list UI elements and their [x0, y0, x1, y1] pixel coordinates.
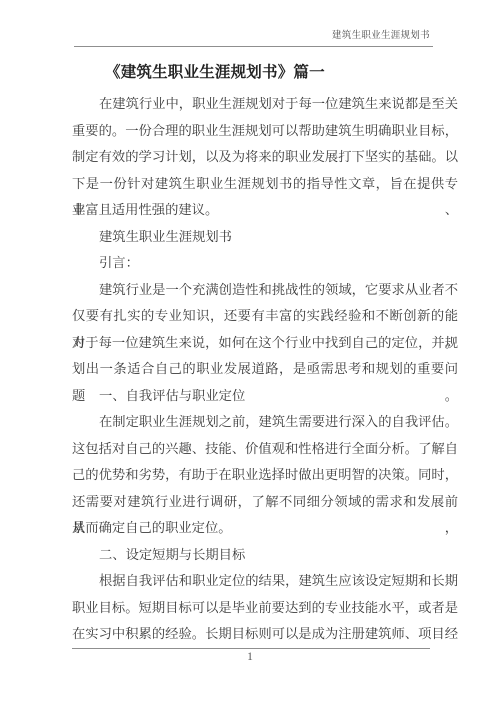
document-title: 《建筑生职业生涯规划书》篇一: [105, 62, 325, 84]
body-line: 划出一条适合自己的职业发展道路，是亟需思考和规划的重要问题。: [72, 356, 458, 383]
body-line: 仅要有扎实的专业知识，还要有丰富的实践经验和不断创新的能力。: [72, 303, 458, 330]
body-line: 根据自我评估和职业定位的结果，建筑生应该设定短期和长期: [72, 568, 458, 595]
body-line: 己的优势和劣势，有助于在职业选择时做出更明智的决策。同时，: [72, 462, 458, 489]
document-page: 建筑生职业生涯规划书 《建筑生职业生涯规划书》篇一 在建筑行业中，职业生涯规划对…: [0, 0, 500, 707]
body-line: 下是一份针对建筑生职业生涯规划书的指导性文章，旨在提供专业、: [72, 171, 458, 198]
body-line: 二、设定短期与长期目标: [72, 542, 458, 569]
body-line: 职业目标。短期目标可以是毕业前要达到的专业技能水平，或者是: [72, 595, 458, 622]
body-line: 建筑行业是一个充满创造性和挑战性的领域，它要求从业者不: [72, 277, 458, 304]
body-line: 还需要对建筑行业进行调研，了解不同细分领域的需求和发展前景，: [72, 489, 458, 516]
body-text: 在建筑行业中，职业生涯规划对于每一位建筑生来说都是至关重要的。一份合理的职业生涯…: [72, 91, 458, 648]
header-rule: [74, 46, 433, 47]
body-line: 制定有效的学习计划，以及为将来的职业发展打下坚实的基础。以: [72, 144, 458, 171]
body-line: 在制定职业生涯规划之前，建筑生需要进行深入的自我评估。: [72, 409, 458, 436]
page-number: 1: [0, 650, 500, 665]
footer-rule: [72, 648, 430, 649]
body-line: 重要的。一份合理的职业生涯规划可以帮助建筑生明确职业目标，: [72, 118, 458, 145]
body-line: 这包括对自己的兴趣、技能、价值观和性格进行全面分析。了解自: [72, 436, 458, 463]
running-header-title: 建筑生职业生涯规划书: [332, 30, 430, 42]
body-line: 对于每一位建筑生来说，如何在这个行业中找到自己的定位，并规: [72, 330, 458, 357]
body-line: 引言：: [72, 250, 458, 277]
body-line: 在建筑行业中，职业生涯规划对于每一位建筑生来说都是至关: [72, 91, 458, 118]
body-line: 在实习中积累的经验。长期目标则可以是成为注册建筑师、项目经: [72, 621, 458, 648]
body-line: 建筑生职业生涯规划书: [72, 224, 458, 251]
